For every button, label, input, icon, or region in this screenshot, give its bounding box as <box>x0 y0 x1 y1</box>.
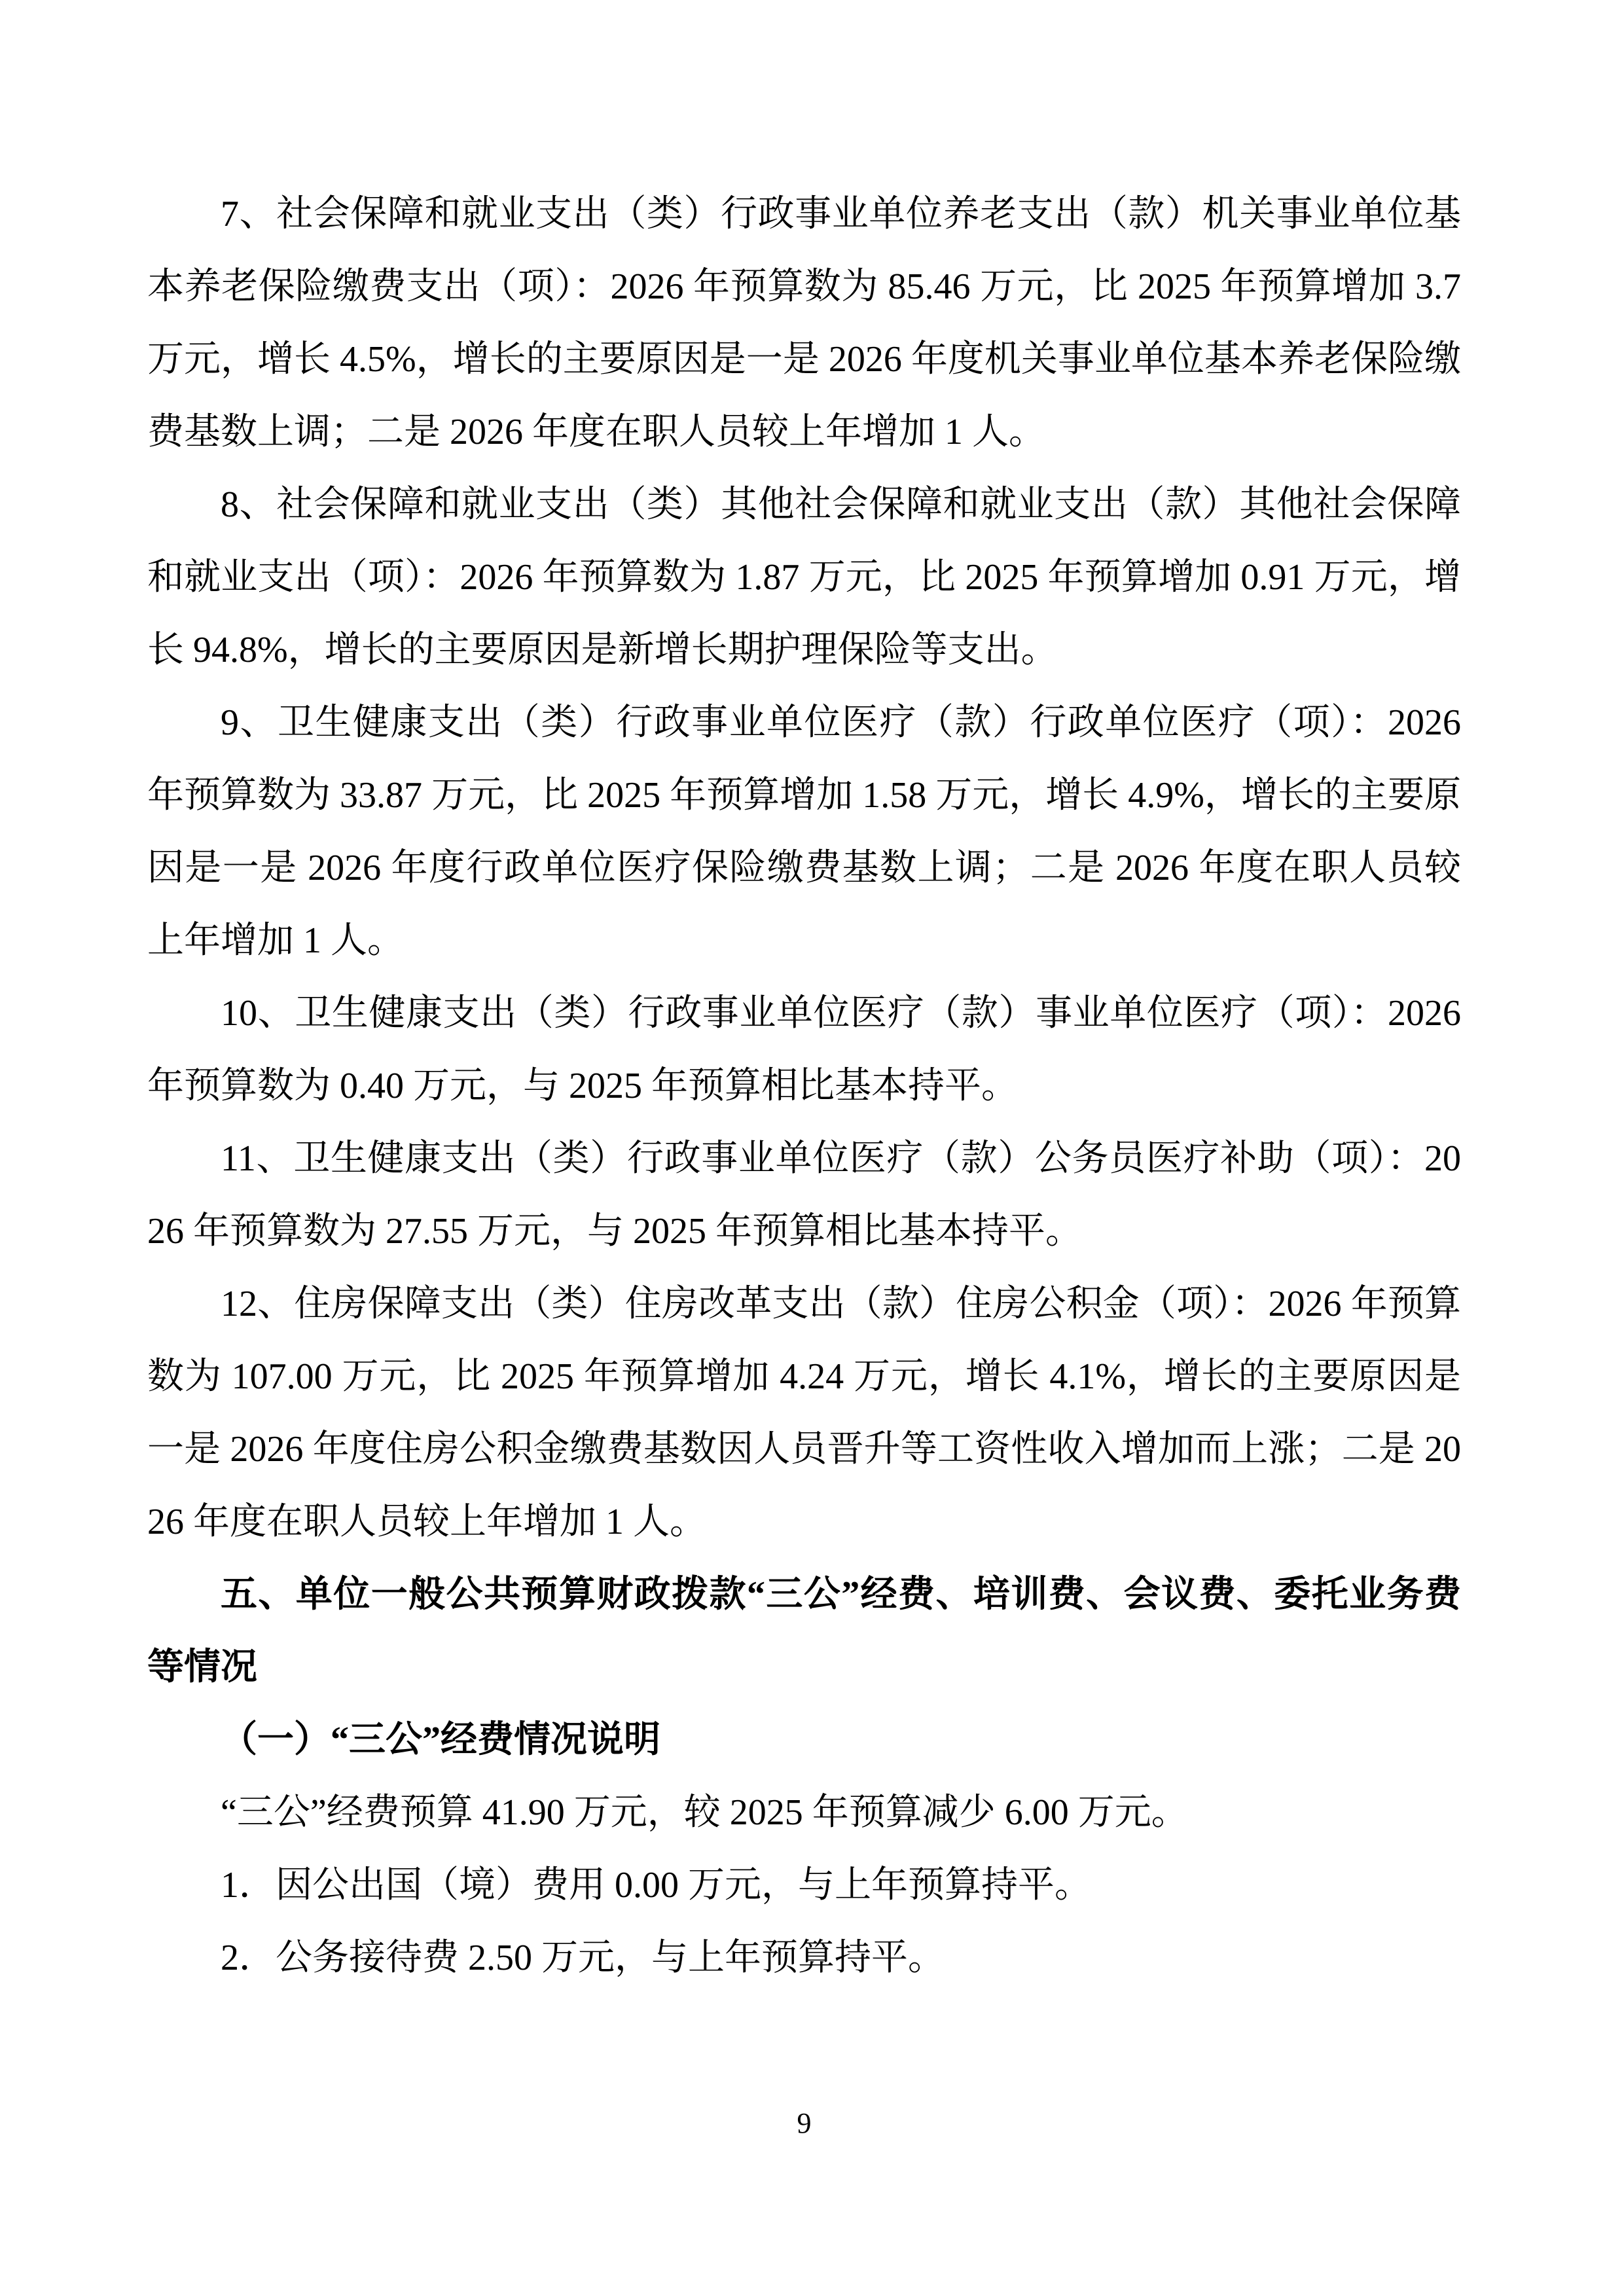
para-item-8: 8、社会保障和就业支出（类）其他社会保障和就业支出（款）其他社会保障和就业支出（… <box>147 469 1461 687</box>
para-item-11: 11、卫生健康支出（类）行政事业单位医疗（款）公务员医疗补助（项）：2026 年… <box>147 1123 1461 1268</box>
page-number: 9 <box>147 2106 1461 2141</box>
document-page: 7、社会保障和就业支出（类）行政事业单位养老支出（款）机关事业单位基本养老保险缴… <box>0 0 1624 2295</box>
section-heading-five: 五、单位一般公共预算财政拨款“三公”经费、培训费、会议费、委托业务费等情况 <box>147 1559 1461 1704</box>
document-body: 7、社会保障和就业支出（类）行政事业单位养老支出（款）机关事业单位基本养老保险缴… <box>147 178 1461 1995</box>
para-item-12: 12、住房保障支出（类）住房改革支出（款）住房公积金（项）：2026 年预算数为… <box>147 1268 1461 1559</box>
para-abroad-expense: 1．因公出国（境）费用 0.00 万元，与上年预算持平。 <box>147 1849 1461 1922</box>
para-item-10: 10、卫生健康支出（类）行政事业单位医疗（款）事业单位医疗（项）：2026 年预… <box>147 977 1461 1123</box>
para-item-7: 7、社会保障和就业支出（类）行政事业单位养老支出（款）机关事业单位基本养老保险缴… <box>147 178 1461 469</box>
para-sangong-summary: “三公”经费预算 41.90 万元，较 2025 年预算减少 6.00 万元。 <box>147 1777 1461 1849</box>
para-item-9: 9、卫生健康支出（类）行政事业单位医疗（款）行政单位医疗（项）：2026 年预算… <box>147 687 1461 977</box>
subsection-heading-one: （一）“三公”经费情况说明 <box>147 1704 1461 1777</box>
para-reception-expense: 2．公务接待费 2.50 万元，与上年预算持平。 <box>147 1922 1461 1995</box>
